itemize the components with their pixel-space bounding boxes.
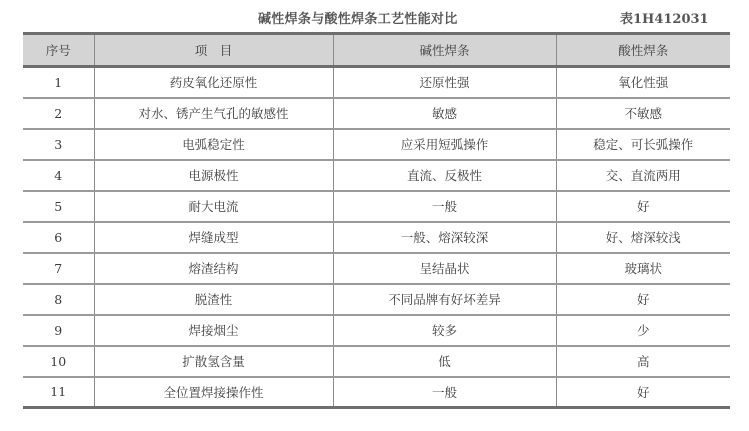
cell-item: 耐大电流 xyxy=(94,191,333,222)
table-row: 8 脱渣性 不同品牌有好坏差异 好 xyxy=(23,284,730,315)
cell-acidic: 交、直流两用 xyxy=(556,160,730,191)
cell-acidic: 不敏感 xyxy=(556,98,730,129)
table-row: 11 全位置焊接操作性 一般 好 xyxy=(23,377,730,408)
cell-basic: 呈结晶状 xyxy=(333,253,556,284)
cell-no: 3 xyxy=(23,129,94,160)
table-row: 2 对水、锈产生气孔的敏感性 敏感 不敏感 xyxy=(23,98,730,129)
cell-acidic: 好 xyxy=(556,191,730,222)
header-no: 序号 xyxy=(23,34,94,67)
cell-acidic: 氧化性强 xyxy=(556,67,730,98)
table-caption: 碱性焊条与酸性焊条工艺性能对比 表1H412031 xyxy=(0,6,749,28)
cell-item: 电弧稳定性 xyxy=(94,129,333,160)
cell-basic: 一般 xyxy=(333,191,556,222)
table-row: 4 电源极性 直流、反极性 交、直流两用 xyxy=(23,160,730,191)
table-row: 3 电弧稳定性 应采用短弧操作 稳定、可长弧操作 xyxy=(23,129,730,160)
cell-acidic: 好 xyxy=(556,377,730,408)
table-title: 碱性焊条与酸性焊条工艺性能对比 xyxy=(258,8,458,27)
cell-item: 焊缝成型 xyxy=(94,222,333,253)
cell-no: 4 xyxy=(23,160,94,191)
cell-no: 2 xyxy=(23,98,94,129)
cell-acidic: 好 xyxy=(556,284,730,315)
table-number: 表1H412031 xyxy=(620,8,709,27)
cell-basic: 一般 xyxy=(333,377,556,408)
table-row: 6 焊缝成型 一般、熔深较深 好、熔深较浅 xyxy=(23,222,730,253)
cell-basic: 较多 xyxy=(333,315,556,346)
cell-acidic: 少 xyxy=(556,315,730,346)
cell-basic: 一般、熔深较深 xyxy=(333,222,556,253)
cell-item: 扩散氢含量 xyxy=(94,346,333,377)
cell-item: 药皮氧化还原性 xyxy=(94,67,333,98)
table-row: 7 熔渣结构 呈结晶状 玻璃状 xyxy=(23,253,730,284)
cell-basic: 低 xyxy=(333,346,556,377)
cell-basic: 不同品牌有好坏差异 xyxy=(333,284,556,315)
cell-item: 电源极性 xyxy=(94,160,333,191)
table-header: 序号 项 目 碱性焊条 酸性焊条 xyxy=(23,34,730,67)
table-row: 5 耐大电流 一般 好 xyxy=(23,191,730,222)
cell-no: 10 xyxy=(23,346,94,377)
table-row: 9 焊接烟尘 较多 少 xyxy=(23,315,730,346)
table-row: 1 药皮氧化还原性 还原性强 氧化性强 xyxy=(23,67,730,98)
cell-no: 1 xyxy=(23,67,94,98)
cell-no: 8 xyxy=(23,284,94,315)
cell-basic: 直流、反极性 xyxy=(333,160,556,191)
header-item: 项 目 xyxy=(94,34,333,67)
header-row: 序号 项 目 碱性焊条 酸性焊条 xyxy=(23,34,730,67)
header-basic-electrode: 碱性焊条 xyxy=(333,34,556,67)
cell-acidic: 玻璃状 xyxy=(556,253,730,284)
electrode-comparison-table: 序号 项 目 碱性焊条 酸性焊条 1 药皮氧化还原性 还原性强 氧化性强 2 对… xyxy=(23,32,730,409)
cell-no: 7 xyxy=(23,253,94,284)
cell-no: 11 xyxy=(23,377,94,408)
cell-item: 焊接烟尘 xyxy=(94,315,333,346)
cell-item: 对水、锈产生气孔的敏感性 xyxy=(94,98,333,129)
table-row: 10 扩散氢含量 低 高 xyxy=(23,346,730,377)
cell-basic: 还原性强 xyxy=(333,67,556,98)
cell-item: 全位置焊接操作性 xyxy=(94,377,333,408)
cell-acidic: 好、熔深较浅 xyxy=(556,222,730,253)
cell-acidic: 高 xyxy=(556,346,730,377)
cell-item: 熔渣结构 xyxy=(94,253,333,284)
cell-no: 6 xyxy=(23,222,94,253)
cell-no: 9 xyxy=(23,315,94,346)
cell-item: 脱渣性 xyxy=(94,284,333,315)
cell-acidic: 稳定、可长弧操作 xyxy=(556,129,730,160)
cell-basic: 应采用短弧操作 xyxy=(333,129,556,160)
cell-no: 5 xyxy=(23,191,94,222)
table-body: 1 药皮氧化还原性 还原性强 氧化性强 2 对水、锈产生气孔的敏感性 敏感 不敏… xyxy=(23,67,730,408)
cell-basic: 敏感 xyxy=(333,98,556,129)
header-acidic-electrode: 酸性焊条 xyxy=(556,34,730,67)
